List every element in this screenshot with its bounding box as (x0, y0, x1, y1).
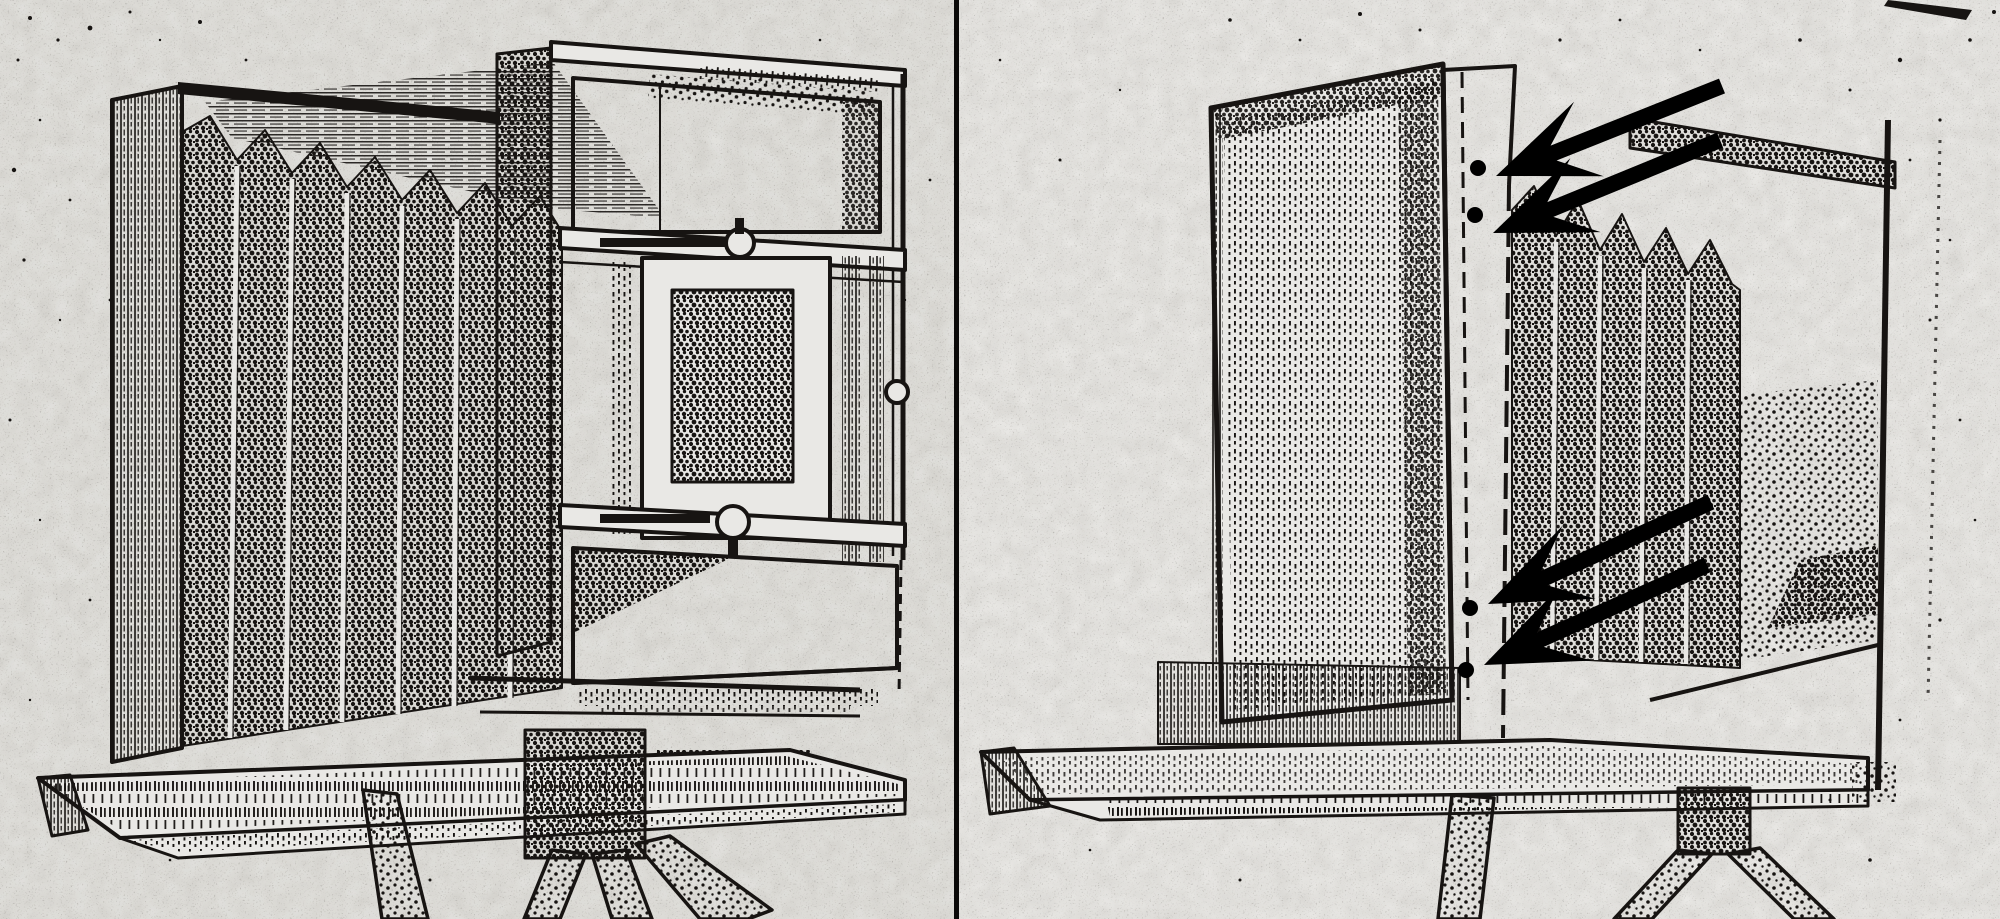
ink-speck (429, 879, 432, 882)
ink-speck (1089, 849, 1092, 852)
ink-speck (1949, 239, 1952, 242)
ink-speck (1228, 18, 1232, 22)
ink-speck (69, 199, 72, 202)
ink-speck (17, 59, 20, 62)
ink-speck (1929, 319, 1932, 322)
ink-speck (1529, 769, 1532, 772)
ink-speck (109, 299, 112, 302)
ink-speck (1358, 12, 1362, 16)
back-panel-left-edge (1211, 108, 1223, 722)
ink-speck (1898, 58, 1902, 62)
ink-speck (29, 699, 31, 701)
ink-speck (758, 78, 761, 81)
ink-speck (999, 59, 1002, 62)
ink-speck (819, 39, 822, 42)
ink-speck (1868, 858, 1872, 862)
frame-left-upright (497, 48, 551, 656)
ink-speck (1968, 38, 1972, 42)
ink-speck (9, 419, 12, 422)
ink-speck (1829, 799, 1832, 802)
ink-speck (1992, 10, 1996, 14)
ink-speck (89, 599, 92, 602)
ink-speck (929, 179, 932, 182)
ink-speck (904, 299, 906, 301)
ink-speck (39, 119, 42, 122)
rail-end-clamp (1852, 762, 1896, 802)
ink-speck (198, 20, 202, 24)
ink-speck (1849, 89, 1852, 92)
ink-speck (56, 38, 59, 41)
ink-speck (1419, 29, 1422, 32)
engraving-canvas (0, 0, 2000, 919)
side-knob (886, 381, 908, 403)
frame-inner-rail-left (610, 262, 632, 534)
panel-foot (1158, 662, 1460, 744)
ink-speck (88, 26, 93, 31)
ink-speck (22, 258, 25, 261)
ink-speck (1909, 159, 1912, 162)
ink-speck (1558, 38, 1561, 41)
ink-speck (1699, 49, 1702, 52)
ink-speck (39, 519, 41, 521)
ink-speck (1619, 19, 1622, 22)
bottom-knob-pin (728, 540, 738, 556)
mid-knob-pin (735, 218, 744, 234)
ink-speck (245, 59, 248, 62)
registration-pin-dot-1 (1470, 160, 1486, 176)
registration-pin-dot-2 (1467, 207, 1483, 223)
registration-pin-dot-3 (1462, 600, 1478, 616)
ink-speck (989, 759, 991, 761)
registration-pin-dot-4 (1458, 662, 1474, 678)
camera-back-panel (1211, 64, 1452, 722)
tripod-head-rear (1678, 788, 1750, 854)
right-rail-a (842, 256, 862, 562)
ink-speck (59, 319, 61, 321)
ink-speck (1798, 38, 1802, 42)
ink-speck (1974, 519, 1977, 522)
ink-speck (28, 16, 32, 20)
ink-speck (1899, 719, 1902, 722)
scanned-figure (0, 0, 2000, 919)
ink-speck (149, 259, 151, 261)
ink-speck (1299, 39, 1302, 42)
ink-speck (169, 859, 172, 862)
tripod-head (525, 730, 645, 858)
ink-speck (159, 39, 161, 41)
ink-speck (1938, 118, 1941, 121)
right-rail-b (868, 256, 884, 562)
camera-side-panel (112, 86, 182, 762)
ink-speck (12, 168, 16, 172)
panel-divider (954, 0, 959, 919)
upper-opening-right-column (842, 100, 882, 232)
mid-crossbar-slot (600, 238, 725, 247)
ink-speck (1059, 159, 1062, 162)
ink-speck (129, 11, 132, 14)
ink-speck (1959, 419, 1962, 422)
ground-glass (672, 290, 793, 482)
ink-speck (1938, 618, 1941, 621)
bottom-crossbar-slot (600, 514, 710, 523)
ink-speck (1239, 879, 1242, 882)
ink-speck (1119, 89, 1121, 91)
bottom-knob (717, 506, 749, 538)
